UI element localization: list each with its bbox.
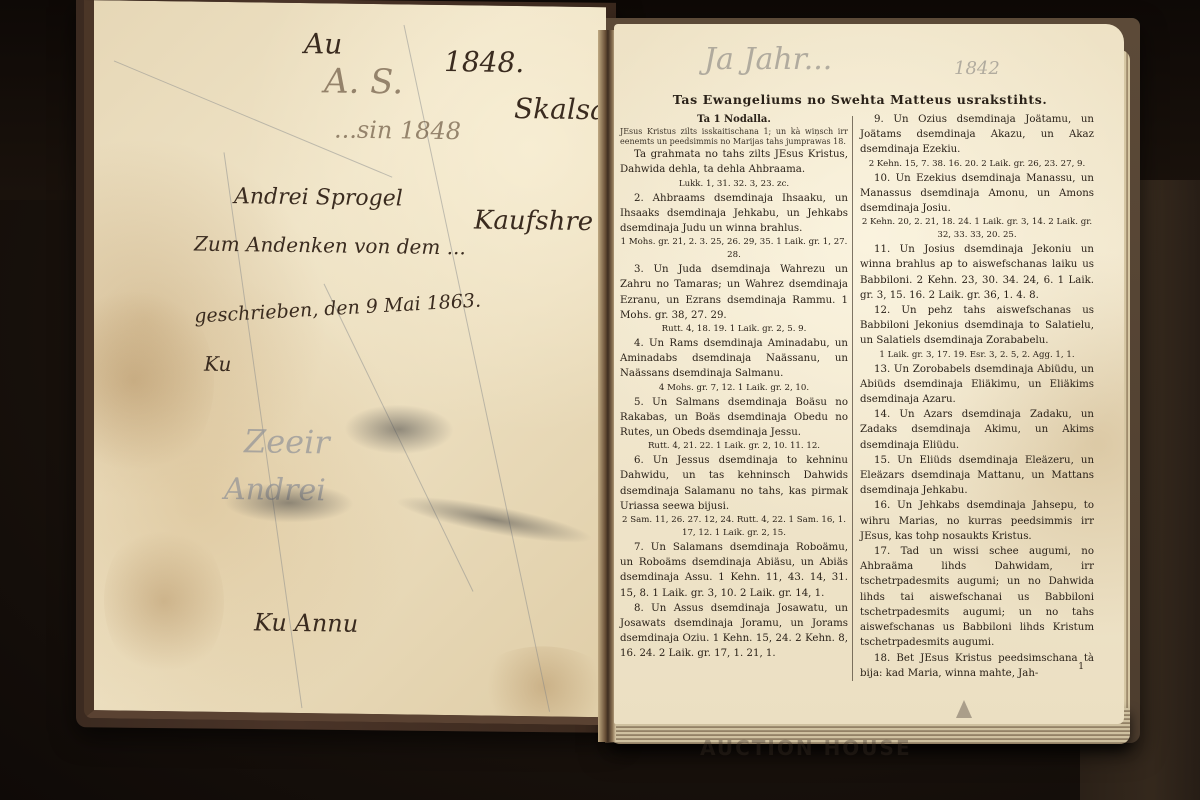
paper-stain [474, 645, 606, 725]
cross-reference: 1 Laik. gr. 3, 17. 19. Esr. 3, 2. 5, 2. … [860, 349, 1094, 362]
pencil-smudge [224, 482, 354, 524]
cross-reference: Lukk. 1, 31. 32. 3, 23. zc. [620, 178, 848, 191]
handwriting-initials: A. S. [324, 61, 403, 102]
text-column-left: Ta 1 Nodalla. JEsus Kristus zilts isskai… [620, 112, 848, 662]
paper-stain [104, 520, 224, 682]
handwriting-zum-andenken: Zum Andenken von dem ... [194, 232, 466, 260]
cross-reference: 2 Kehn. 20, 2. 21, 18. 24. 1 Laik. gr. 3… [860, 216, 1094, 242]
verse: 4. Un Rams dsemdinaja Aminadabu, un Amin… [620, 336, 848, 382]
verse: 13. Un Zorobabels dsemdinaja Abiüdu, un … [860, 362, 1094, 408]
verse: 17. Tad un wissi schee augumi, no Ahbraä… [860, 544, 1094, 650]
verse: 16. Un Jehkabs dsemdinaja Jahsepu, to wi… [860, 498, 1094, 544]
handwriting-au: Au [304, 27, 342, 61]
verse: 10. Un Ezekius dsemdinaja Manassu, un Ma… [860, 171, 1094, 217]
handwriting-date-1863: geschrieben, den 9 Mai 1863. [194, 290, 482, 328]
verse: 11. Un Josius dsemdinaja Jekoniu un winn… [860, 242, 1094, 303]
verse: 14. Un Azars dsemdinaja Zadaku, un Zadak… [860, 407, 1094, 453]
verse: 12. Un pehz tahs aiswefschanas us Babbil… [860, 303, 1094, 349]
verse: 18. Bet JEsus Kristus peedsimschana tà b… [860, 651, 1094, 681]
verse: 3. Un Juda dsemdinaja Wahrezu un Zahru n… [620, 262, 848, 323]
cross-reference: 2 Kehn. 15, 7. 38. 16. 20. 2 Laik. gr. 2… [860, 158, 1094, 171]
handwriting-skalsama: Skalsama [514, 92, 606, 127]
cross-reference: 1 Mohs. gr. 21, 2. 3. 25, 26. 29, 35. 1 … [620, 236, 848, 262]
pencil-handwriting-zeeir: Zeeir [244, 422, 330, 461]
text-column-right: 9. Un Ozius dsemdinaja Joätamu, un Joäta… [860, 112, 1094, 681]
column-divider [852, 116, 853, 681]
verse: 6. Un Jessus dsemdinaja to kehninu Dahwi… [620, 453, 848, 514]
verse: Ta grahmata no tahs zilts JEsus Kristus,… [620, 147, 848, 177]
pencil-smudge [344, 404, 454, 456]
chapter-summary: JEsus Kristus zilts isskaitischana 1; un… [620, 127, 848, 147]
watermark: AUCTION HOUSE [700, 736, 912, 760]
gavel-icon [956, 700, 972, 718]
cross-reference: Rutt. 4, 18. 19. 1 Laik. gr. 2, 5. 9. [620, 323, 848, 336]
verse: 15. Un Eliüds dsemdinaja Eleäzeru, un El… [860, 453, 1094, 499]
pencil-smudge [393, 487, 595, 552]
handwriting-ku: Ku [204, 352, 231, 376]
verse: 5. Un Salmans dsemdinaja Boäsu no Rakaba… [620, 395, 848, 441]
pencil-scribble: Ja Jahr... [704, 42, 832, 77]
verse: 9. Un Ozius dsemdinaja Joätamu, un Joäta… [860, 112, 1094, 158]
handwriting-andrei-sprogel: Andrei Sprogel [234, 184, 403, 211]
printed-page: Ja Jahr... 1842 Tas Ewangeliums no Sweht… [614, 24, 1124, 724]
cross-reference: 2 Sam. 11, 26. 27. 12, 24. Rutt. 4, 22. … [620, 514, 848, 540]
handwriting-sin-1848: ...sin 1848 [334, 115, 461, 145]
chapter-heading: Ta 1 Nodalla. [620, 112, 848, 127]
verse: 8. Un Assus dsemdinaja Josawatu, un Josa… [620, 601, 848, 662]
cross-reference: 4 Mohs. gr. 7, 12. 1 Laik. gr. 2, 10. [620, 382, 848, 395]
page-number: 1 [1078, 662, 1084, 672]
handwriting-kaufshre: Kaufshre [474, 205, 593, 237]
cross-reference: Rutt. 4, 21. 22. 1 Laik. gr. 2, 10. 11. … [620, 440, 848, 453]
handwriting-year-1848: 1848. [444, 45, 524, 79]
verse: 7. Un Salamans dsemdinaja Roboämu, un Ro… [620, 540, 848, 601]
gospel-title: Tas Ewangeliums no Swehta Matteus usraks… [650, 92, 1070, 107]
verse: 2. Ahbraams dsemdinaja Ihsaaku, un Ihsaa… [620, 191, 848, 237]
flyleaf-page: Au 1848. A. S. Skalsama ...sin 1848 Andr… [84, 0, 606, 725]
handwriting-ku-annu: Ku Annu [254, 608, 358, 637]
pencil-scribble: 1842 [954, 58, 1000, 79]
